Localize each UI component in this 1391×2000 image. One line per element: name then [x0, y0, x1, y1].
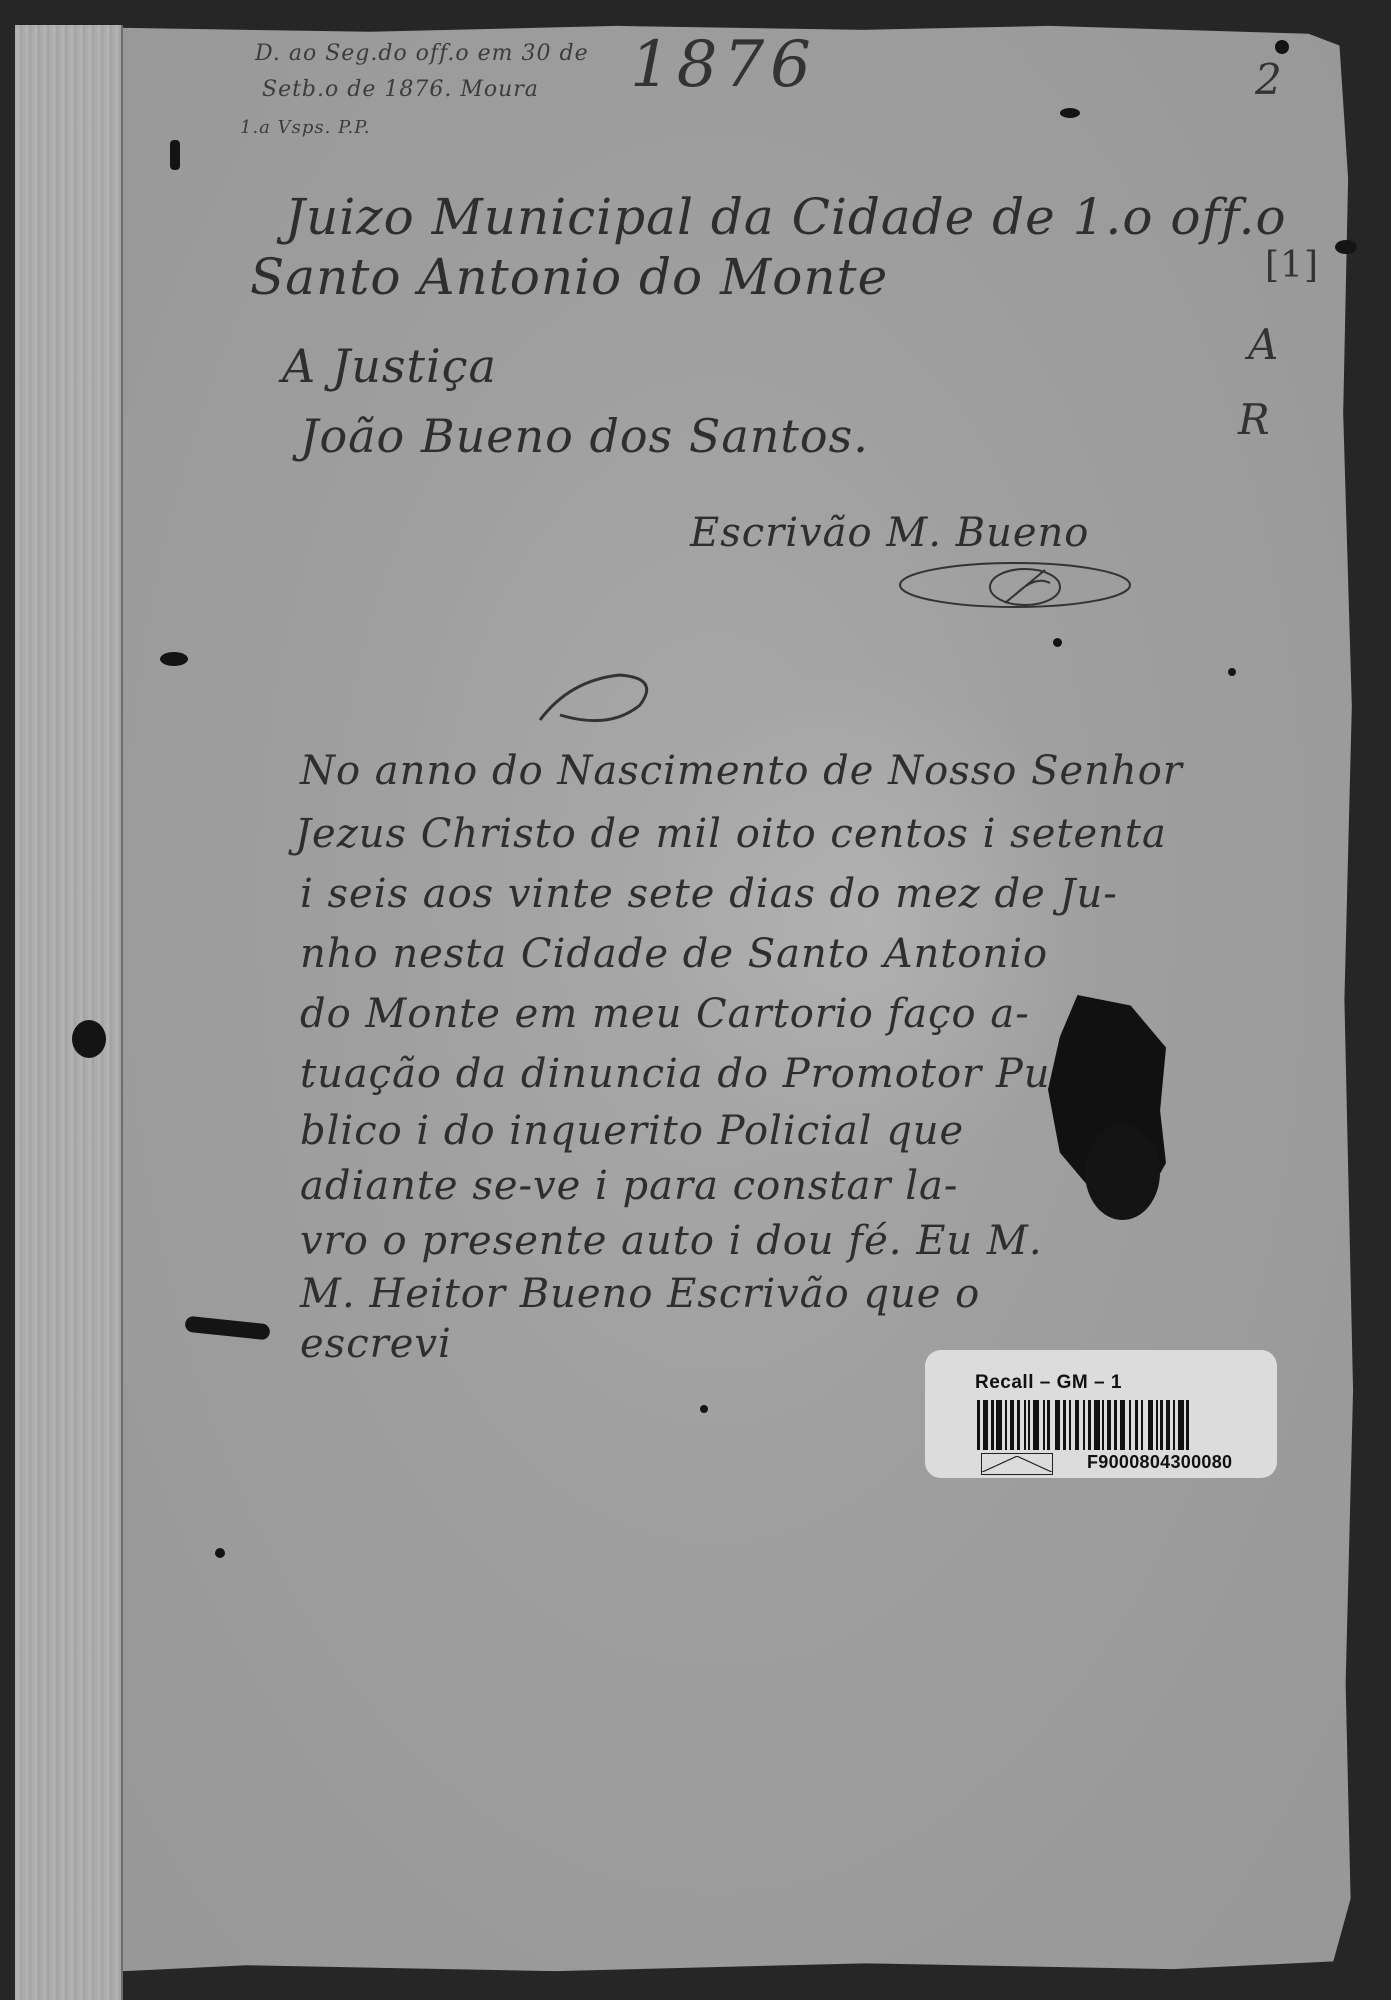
water-stain — [663, 662, 1083, 1182]
barcode-number: F9000804300080 — [1087, 1452, 1232, 1473]
ink-blot — [170, 140, 180, 170]
initial-flourish-icon — [530, 660, 670, 740]
heading-line-2: Santo Antonio do Monte — [250, 245, 888, 309]
archive-barcode-label: Recall – GM – 1 F9000804 — [925, 1350, 1277, 1478]
body-line: vro o presente auto i dou fé. Eu M. — [300, 1215, 1043, 1267]
document-year: 1876 — [630, 28, 817, 102]
body-line: do Monte em meu Cartorio faço a- — [300, 988, 1030, 1040]
body-line: tuação da dinuncia do Promotor Pu- — [300, 1048, 1065, 1100]
body-line: Jezus Christo de mil oito centos i seten… — [295, 808, 1167, 860]
top-note-line-2: Setb.o de 1876. Moura — [262, 74, 539, 106]
ink-dot — [1228, 668, 1236, 676]
body-line: i seis aos vinte sete dias do mez de Ju- — [300, 868, 1118, 920]
body-line: No anno do Nascimento de Nosso Senhor — [300, 745, 1183, 797]
heading-line-1: Juizo Municipal da Cidade de 1.o off.o — [285, 185, 1287, 249]
ink-blot — [1060, 108, 1080, 118]
body-line: adiante se-ve i para constar la- — [300, 1160, 958, 1212]
body-line: M. Heitor Bueno Escrivão que o — [300, 1268, 980, 1320]
binding-tape — [15, 25, 123, 2000]
top-note-line-1: D. ao Seg.do off.o em 30 de — [255, 38, 589, 70]
page-number: 2 — [1255, 55, 1283, 104]
ink-blot — [1085, 1125, 1160, 1220]
margin-mark-a: A — [1248, 320, 1279, 369]
body-line: blico i do inquerito Policial que — [300, 1105, 964, 1157]
envelope-icon — [981, 1453, 1053, 1475]
ink-dot — [215, 1548, 225, 1558]
margin-mark-bracket: [1] — [1265, 245, 1319, 286]
body-line: nho nesta Cidade de Santo Antonio — [300, 928, 1048, 980]
party-defendant: João Bueno dos Santos. — [300, 405, 869, 467]
ink-dot — [1053, 638, 1062, 647]
signature-flourish-icon — [875, 545, 1135, 620]
ink-blot — [72, 1020, 106, 1058]
ink-blot — [160, 652, 188, 666]
body-line: escrevi — [300, 1318, 452, 1370]
top-note-line-3: 1.a Vsps. P.P. — [240, 112, 370, 144]
margin-mark-r: R — [1238, 395, 1271, 444]
ink-blot — [1275, 40, 1289, 54]
barcode — [977, 1400, 1267, 1450]
party-plaintiff: A Justiça — [282, 335, 497, 397]
ink-dot — [700, 1405, 708, 1413]
ink-blot — [1335, 240, 1357, 254]
label-title: Recall – GM – 1 — [975, 1372, 1122, 1394]
